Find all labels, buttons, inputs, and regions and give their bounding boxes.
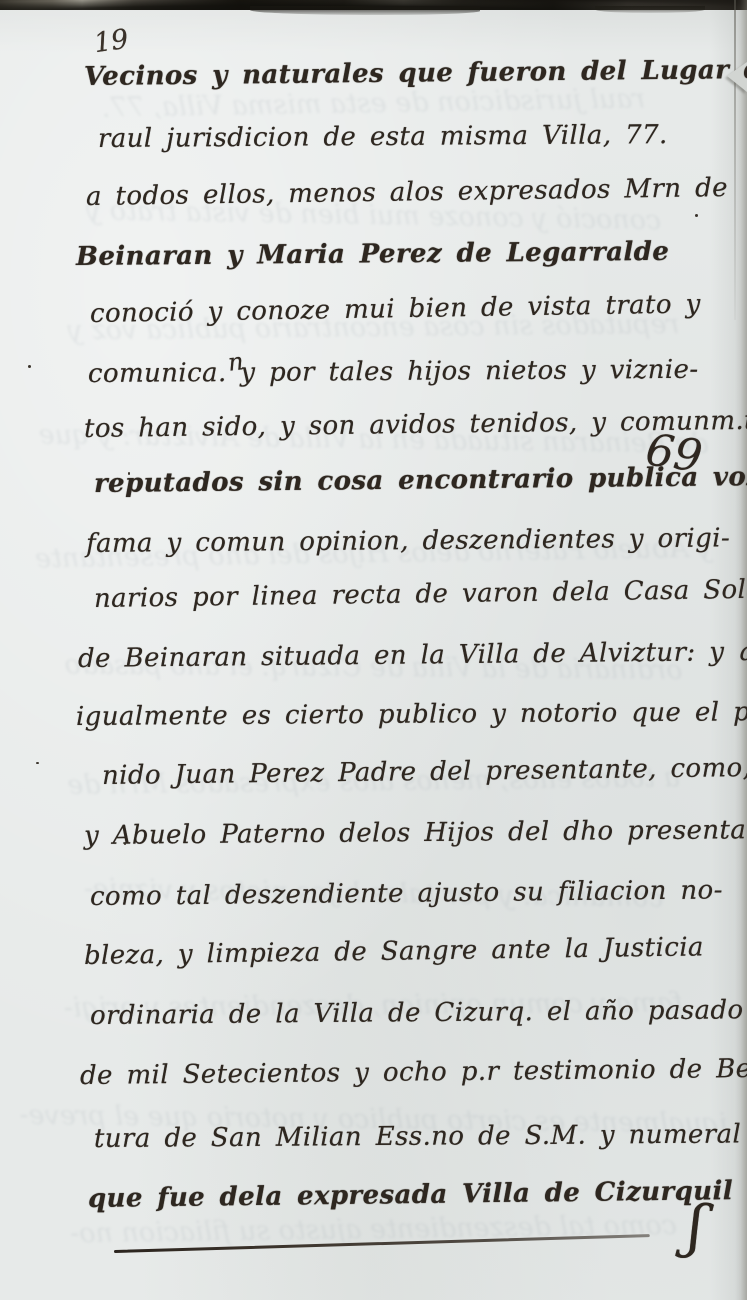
ink-speck xyxy=(124,843,126,845)
ink-speck xyxy=(28,365,31,368)
manuscript-page: raul jurisdicion de esta misma Villa, 77… xyxy=(0,0,747,1300)
manuscript-line: ordinaria de la Villa de Cizurq. el año … xyxy=(90,993,744,1033)
manuscript-line: de Beinaran situada en la Villa de Alviz… xyxy=(78,635,747,676)
manuscript-line: tura de San Milian Ess.no de S.M. y nume… xyxy=(94,1117,741,1156)
manuscript-line: comunica. y por tales hijos nietos y viz… xyxy=(88,353,699,391)
manuscript-line: fama y comun opinion, deszendientes y or… xyxy=(86,521,730,561)
ink-speck xyxy=(36,762,39,764)
manuscript-line: de mil Setecientos y ocho p.r testimonio… xyxy=(80,1052,747,1093)
manuscript-line: y Abuelo Paterno delos Hijos del dho pre… xyxy=(84,813,747,853)
manuscript-line: como tal deszendiente ajusto su filiacio… xyxy=(90,873,723,914)
manuscript-line: raul jurisdicion de esta misma Villa, 77… xyxy=(98,118,668,156)
folio-number: 19 xyxy=(92,24,130,59)
manuscript-line: Vecinos y naturales que fueron del Lugar… xyxy=(84,52,747,94)
manuscript-line: Beinaran y Maria Perez de Legarralde xyxy=(76,235,670,274)
ink-speck xyxy=(128,472,130,475)
ink-speck xyxy=(695,214,698,217)
interlinear-insertion-mark: n xyxy=(227,347,245,376)
manuscript-line: igualmente es cierto publico y notorio q… xyxy=(76,695,747,734)
ink-flourish-69: 69 xyxy=(643,424,706,482)
